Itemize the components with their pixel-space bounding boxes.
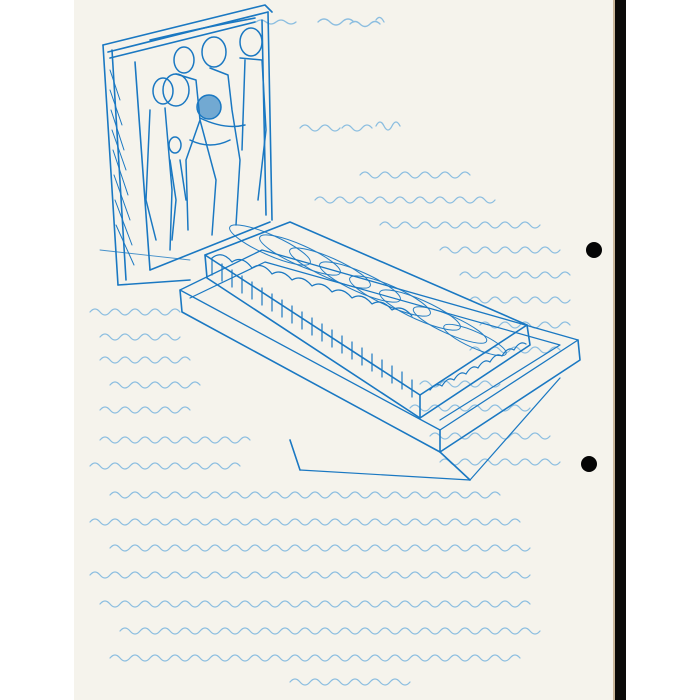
punch-hole-bottom <box>581 456 597 472</box>
monument-sketch <box>0 0 700 700</box>
punch-hole-top <box>586 242 602 258</box>
